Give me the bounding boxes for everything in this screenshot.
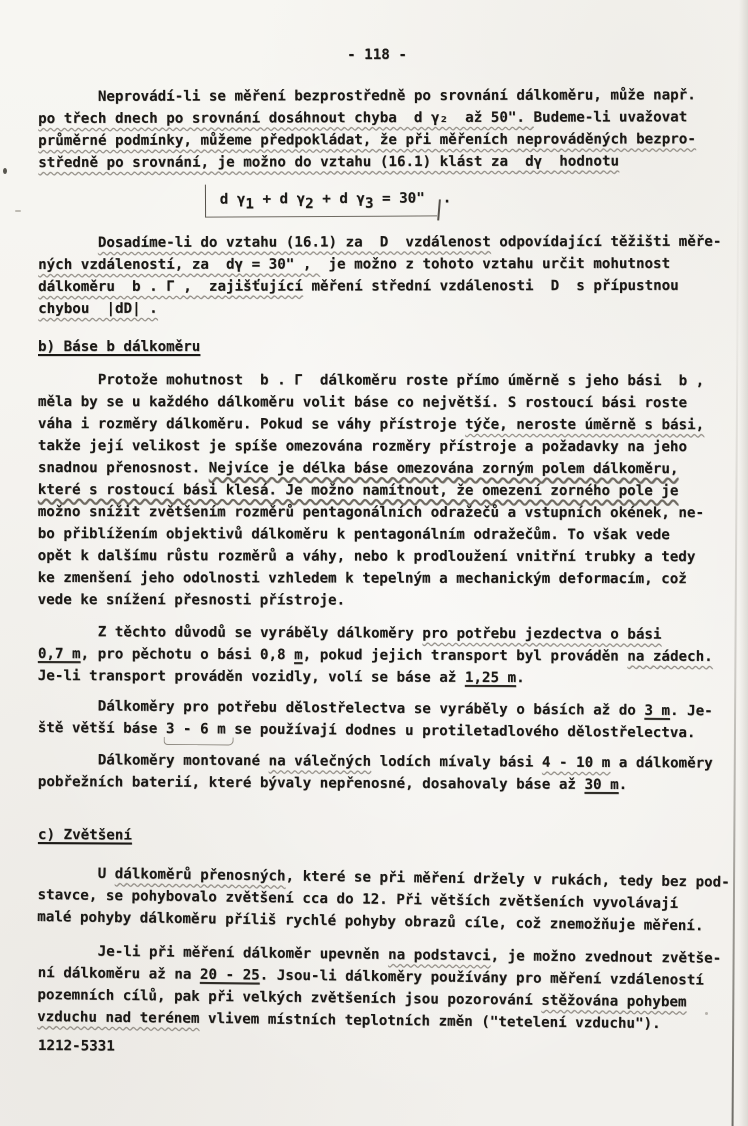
page-number: - 118 -: [32, 44, 722, 66]
text-segment: týče, neroste úměrně s bási,: [465, 417, 704, 433]
paragraph-substitution: Dosadíme-li do vztahu (16.1) za D vzdále…: [38, 231, 728, 320]
text-segment: Nejvíce je délka báse omezována zorným p…: [209, 460, 679, 477]
text-line: možno snížit zvětšením rozměrů pentagoná…: [38, 501, 728, 524]
text-segment: lodích mívaly bási: [371, 754, 542, 771]
text-segment: opět k dalšímu růstu rozměrů a váhy, neb…: [38, 548, 696, 565]
text-segment: Je-li transport prováděn vozidly, volí s…: [38, 668, 465, 686]
text-line: bo přiblížením objektivů dálkoměru k pen…: [38, 523, 728, 546]
paragraph-magnification-mounted: Je-li při měření dálkoměr upevněn na pod…: [37, 940, 728, 1036]
text-segment: + d γ: [314, 191, 365, 207]
text-segment: = 30": [373, 190, 424, 206]
text-segment: U: [38, 865, 115, 882]
text-segment: na zádech.: [627, 649, 712, 665]
paragraph-base-values-naval: Dálkoměry montované na válečných lodích …: [38, 749, 728, 797]
text-segment: Budeme-li uvažovat: [533, 109, 687, 125]
text-segment: pro potřebu jezdectva o bási: [422, 626, 661, 643]
text-segment: , pro pěchotu o bási 0,8: [81, 646, 295, 663]
text-segment: průměrné podmínky, můžeme předpokládat, …: [38, 131, 696, 149]
text-segment: d γ: [220, 191, 246, 207]
text-segment: [38, 235, 98, 251]
text-segment: . Jsou-li dálkoměry používány pro měření…: [260, 968, 704, 989]
text-segment: měření střední vzdálenosti D s přípustno…: [303, 278, 679, 295]
text-segment: vzduchu nad terénem: [37, 1009, 199, 1027]
text-segment: Protože mohutnost b . Γ dálkoměru roste …: [38, 372, 704, 389]
text-line: opět k dalšímu růstu rozměrů a váhy, neb…: [38, 545, 728, 568]
text-segment: , pokud jejich transport byl prováděn: [303, 647, 628, 664]
text-segment: vede ke snížení přesnosti přístroje.: [38, 592, 346, 609]
text-line: snadnou přenosnost. Nejvíce je délka bás…: [38, 457, 728, 480]
text-line: takže její velikost je spíše omezována r…: [38, 435, 728, 458]
text-segment: chybou |dD| .: [38, 301, 158, 317]
text-segment: se používají dodnes u protiletadlového d…: [226, 721, 696, 741]
text-segment: Dálkoměry montované: [38, 752, 269, 769]
text-segment: Dosadíme-li do vztahu (16.1) za D vzdále…: [98, 234, 491, 251]
text-segment: 4 - 10 m: [542, 755, 610, 771]
text-segment: .: [619, 777, 628, 793]
text-segment: vlivem místních teplotních změn ("tetele…: [199, 1011, 660, 1032]
text-segment: je možno z tohoto vztahu určit mohutnost: [320, 256, 670, 273]
text-segment: , které se při měření držely v rukách, t…: [285, 868, 729, 890]
scan-speck: [3, 168, 7, 174]
text-segment: 30 m: [584, 777, 618, 793]
text-line: středně po srovnání, je možno do vztahu …: [38, 150, 728, 174]
text-segment: Dálkoměry pro potřebu dělostřelectva se …: [38, 698, 645, 719]
text-segment: ště větší báse: [38, 720, 166, 737]
section-heading-base: b) Báse b dálkoměru: [38, 336, 728, 358]
text-line: Je-li transport prováděn vozidly, volí s…: [38, 665, 728, 690]
text-segment: ní dálkoměru až na: [38, 965, 200, 983]
text-line: ště větší báse 3 - 6 m se používají dodn…: [38, 717, 728, 744]
text-segment: 3 - 6 m: [166, 721, 226, 737]
text-segment: , je možno zvednout zvětše-: [490, 948, 721, 967]
text-segment: ke zmenšení jeho odolnosti vzhledem k te…: [38, 570, 687, 587]
text-line: váha i rozměry dálkoměru. Pokud se váhy …: [38, 413, 728, 436]
text-line: Neprovádí-li se měření bezprostředně po …: [38, 84, 728, 108]
text-line: které s rostoucí bási klesá. Je možno na…: [38, 479, 728, 502]
text-segment: 20 - 25: [200, 967, 260, 984]
text-segment: 1: [245, 193, 254, 215]
text-segment: měla by se u každého dálkoměru volit bás…: [38, 394, 687, 411]
text-line: chybou |dD| .: [38, 297, 728, 320]
text-line: vede ke snížení přesnosti přístroje.: [38, 589, 728, 612]
formula: d γ1 + d γ2 + d γ3 = 30".: [0, 182, 673, 220]
paragraph-magnification-handheld: U dálkoměrů přenosných, které se při měř…: [37, 862, 728, 938]
text-line: 0,7 m, pro pěchotu o bási 0,8 m, pokud j…: [38, 643, 728, 668]
text-segment: dálkoměrů přenosných: [115, 866, 286, 884]
footer-code: 1212-5331: [38, 1035, 728, 1062]
text-line: Z těchto důvodů se vyráběly dálkoměry pr…: [38, 621, 728, 646]
text-segment: . Je-: [670, 703, 713, 719]
paragraph-base-values-artillery: Dálkoměry pro potřebu dělostřelectva se …: [38, 695, 728, 744]
paragraph-intro-error: Neprovádí-li se měření bezprostředně po …: [38, 84, 728, 174]
scan-edge-shadow: [739, 0, 748, 1126]
paragraph-base-values-portable: Z těchto důvodů se vyráběly dálkoměry pr…: [38, 621, 728, 690]
text-line: Protože mohutnost b . Γ dálkoměru roste …: [38, 369, 728, 392]
text-line: pobřežních baterií, které bývaly nepřeno…: [38, 771, 728, 797]
paragraph-base-discussion: Protože mohutnost b . Γ dálkoměru roste …: [38, 369, 728, 612]
formula-box: d γ1 + d γ2 + d γ3 = 30": [205, 183, 437, 217]
text-segment: Z těchto důvodů se vyráběly dálkoměry: [38, 624, 422, 642]
text-segment: 2: [305, 193, 314, 215]
formula-period: .: [443, 190, 452, 206]
text-line: po třech dnech po srovnání dosáhnout chy…: [38, 106, 728, 130]
text-line: měla by se u každého dálkoměru volit bás…: [38, 391, 728, 414]
text-segment: a dálkoměry: [610, 755, 713, 772]
text-segment: pobřežních baterií, které bývaly nepřeno…: [38, 774, 585, 793]
text-segment: které s rostoucí bási klesá. Je možno na…: [38, 482, 679, 499]
text-segment: Neprovádí-li se měření bezprostředně po …: [38, 87, 696, 105]
text-segment: váha i rozměry dálkoměru. Pokud se váhy …: [38, 416, 465, 433]
text-segment: ných vzdáleností, za dγ = 30" ,: [38, 257, 320, 273]
text-segment: dálkoměru b . Γ , zajišťující: [38, 279, 303, 295]
text-line: průměrné podmínky, můžeme předpokládat, …: [38, 128, 728, 152]
text-segment: snadnou přenosnost.: [38, 460, 209, 476]
text-line: Dosadíme-li do vztahu (16.1) za D vzdále…: [38, 231, 728, 254]
text-segment: na válečných: [269, 753, 372, 770]
text-segment: bo přiblížením objektivů dálkoměru k pen…: [38, 526, 670, 543]
text-segment: možno snížit zvětšením rozměrů pentagoná…: [38, 504, 704, 521]
text-segment: 1,25 m: [465, 670, 516, 686]
text-segment: .: [516, 670, 525, 686]
section-heading-magnification: c) Zvětšení: [38, 824, 728, 850]
scanned-document-page: - 118 - Neprovádí-li se měření bezprostř…: [0, 0, 748, 1126]
text-segment: pozemních cílů, pak při velkých zvětšení…: [37, 987, 541, 1009]
text-segment: po třech dnech po srovnání dosáhnout chy…: [38, 110, 533, 127]
text-segment: + d γ: [254, 191, 305, 207]
text-segment: odpovídající těžišti měře-: [491, 234, 722, 250]
text-segment: 3: [365, 193, 374, 215]
text-line: ných vzdáleností, za dγ = 30" , je možno…: [38, 253, 728, 276]
text-segment: 3 m: [644, 703, 670, 719]
text-line: ke zmenšení jeho odolnosti vzhledem k te…: [38, 567, 728, 590]
text-segment: 0,7 m: [38, 646, 81, 662]
text-segment: m: [294, 647, 303, 663]
text-segment: středně po srovnání, je možno do vztahu …: [38, 153, 619, 171]
text-line: dálkoměru b . Γ , zajišťující měření stř…: [38, 275, 728, 298]
text-segment: Je-li při měření dálkoměr upevněn: [38, 943, 388, 963]
text-segment: stěžována pohybem: [541, 993, 686, 1011]
text-segment: takže její velikost je spíše omezována r…: [38, 438, 687, 455]
text-segment: na podstavci: [388, 947, 491, 964]
